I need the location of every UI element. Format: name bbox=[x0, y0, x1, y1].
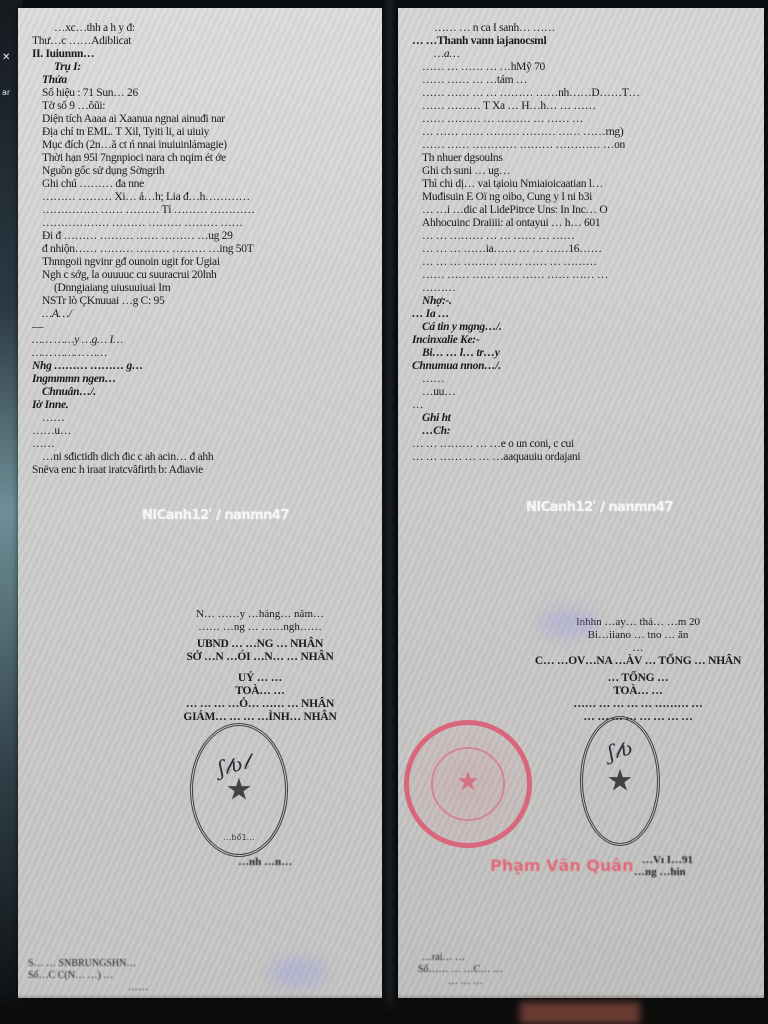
watermark-text: NICanh12ʹ / nanmn47 bbox=[142, 508, 289, 523]
body-line: … Ia … bbox=[412, 308, 750, 321]
body-line: Ngh c sớg, la ouuuuc cu suuracrui 20lnh bbox=[32, 269, 368, 282]
body-line: …………… …… ……… Tỉ ……… ………… bbox=[32, 204, 368, 217]
signature-date: N… ……y …háng… năm… bbox=[138, 608, 382, 621]
close-icon: ✕ bbox=[2, 52, 10, 63]
edge-glyph: ar bbox=[2, 88, 10, 97]
body-line: …… …… … … ……… ……nh……D……T… bbox=[412, 87, 750, 100]
body-line: Bi… … l… tr…y bbox=[412, 347, 750, 360]
left-page: …xc…thh a h y đ: Thư…c ……Adiblicat II. I… bbox=[18, 8, 382, 998]
footer-line: … … … bbox=[448, 976, 483, 988]
body-line: …… ……y …g… I… bbox=[32, 334, 368, 347]
body-line: ……… ……… Xi… ả…h; Lia đ…h………… bbox=[32, 191, 368, 204]
body-line: Nguồn gốc sử dụng Sờngrih bbox=[32, 165, 368, 178]
authority-title: TOÀ… … bbox=[512, 685, 764, 698]
left-signature-block: N… ……y …háng… năm… …… …ng … ……ngh…… UBND… bbox=[138, 608, 382, 724]
footer-line: Số…C C(N… …) … bbox=[28, 970, 113, 982]
body-line: …… ……… T Xa … H…h… … …… bbox=[412, 100, 750, 113]
body-line: Ghi chú ……… đa nne bbox=[32, 178, 368, 191]
ink-smudge bbox=[538, 608, 598, 638]
body-line: NSTr lò ÇKnuuai …g C: 95 bbox=[32, 295, 368, 308]
page-gutter bbox=[382, 0, 398, 1024]
official-stamp: ★ …bổ1… bbox=[190, 723, 288, 857]
red-official-seal: ★ bbox=[404, 720, 532, 848]
body-line: Th nhuer dgsoulns bbox=[412, 152, 750, 165]
star-icon: ★ bbox=[456, 767, 479, 797]
body-line: Trụ I: bbox=[32, 61, 368, 74]
body-line: Thời hạn 95l 7ngnpioci nara ch nqim ét ớ… bbox=[32, 152, 368, 165]
footer-line: …rai… … bbox=[422, 952, 465, 964]
body-line: …… …… … …tám … bbox=[412, 74, 750, 87]
body-line: …Ch: bbox=[412, 425, 750, 438]
authority-name: UBND … …NG … NHÂN bbox=[138, 638, 382, 651]
body-line: … …i …dic al LidePitrce Uns: In Inc… O bbox=[412, 204, 750, 217]
body-line: … bbox=[412, 399, 750, 412]
watermark-text: NICanh12ʹ / nanmn47 bbox=[526, 500, 673, 515]
right-header-line: … …Thanh vann iajanocsml bbox=[412, 35, 750, 48]
body-line: (Dnngiaiang uiusuuiuai Im bbox=[32, 282, 368, 295]
authority-title: GIÁM… … … …ÌNH… NHÂN bbox=[138, 711, 382, 724]
footer-line: S… … SNBRUNGSHN… bbox=[28, 958, 136, 970]
right-page: …… … n ca I sanh… …… … …Thanh vann iajan… bbox=[398, 8, 764, 998]
body-line: …… ……… … ……… … …… … bbox=[412, 113, 750, 126]
body-line: …a… bbox=[412, 48, 750, 61]
stamp-text: …bổ1… bbox=[193, 833, 285, 842]
left-header-line: …xc…thh a h y đ: bbox=[32, 22, 368, 35]
body-line: Diện tích Aaaa ai Xaanua ngnai ainuđi na… bbox=[32, 113, 368, 126]
body-line: Ahhocuinc Draiiii: al ontayui … h… 601 bbox=[412, 217, 750, 230]
body-line: …… bbox=[32, 438, 368, 451]
right-header-line: …… … n ca I sanh… …… bbox=[412, 22, 750, 35]
body-line: … … … ……… …… …… … ……… bbox=[412, 256, 750, 269]
signer-name: …nh …n… bbox=[238, 856, 292, 868]
body-line: …… …… …… …… …… …… …… … bbox=[412, 269, 750, 282]
left-page-text: …xc…thh a h y đ: Thư…c ……Adiblicat II. I… bbox=[32, 22, 368, 477]
authority-name: SỞ …N …ÓI …N… … NHÂN bbox=[138, 651, 382, 664]
body-line: …… bbox=[412, 373, 750, 386]
right-page-text: …… … n ca I sanh… …… … …Thanh vann iajan… bbox=[412, 22, 750, 464]
desk-shadow bbox=[0, 994, 768, 1024]
body-line: Snëva enc h iraat iratcvâfirth b: Ađiavi… bbox=[32, 464, 368, 477]
body-line: Số hiệu : 71 Sun… 26 bbox=[32, 87, 368, 100]
body-line: ……… bbox=[412, 282, 750, 295]
body-line: Ghi ch suni … ug… bbox=[412, 165, 750, 178]
signer-title: …ng …hin bbox=[634, 866, 686, 878]
body-line: Địa chỉ tn EML. T Xil, Tyiti li, ai uiui… bbox=[32, 126, 368, 139]
body-line: Iờ Inne. bbox=[32, 399, 368, 412]
body-line: Muđisuin E Oï ng oibo, Cung y I ni b3i bbox=[412, 191, 750, 204]
official-stamp: ★ bbox=[580, 716, 660, 846]
body-line: ……u… bbox=[32, 425, 368, 438]
signature-line: …… …ng … ……ngh…… bbox=[138, 621, 382, 634]
left-header-line: Thư…c ……Adiblicat bbox=[32, 35, 368, 48]
star-icon: ★ bbox=[607, 764, 634, 799]
body-line: Thì chi dị… vai tạioiu Nmiaioicaatian l… bbox=[412, 178, 750, 191]
body-line: Thửa bbox=[32, 74, 368, 87]
body-line: Tờ số 9 …ôũi: bbox=[32, 100, 368, 113]
body-line: Nhg ……… ……… g… bbox=[32, 360, 368, 373]
body-line: … … …… … … …aaquauiu ordajani bbox=[412, 451, 750, 464]
body-line: Ghi ht bbox=[412, 412, 750, 425]
body-line: …A…/ bbox=[32, 308, 368, 321]
body-line: …… …… ………… ……… ………… …on bbox=[412, 139, 750, 152]
body-line: … … ……… … …e o un coni, c cui bbox=[412, 438, 750, 451]
body-line: … … … ……ia…… … … ……16…… bbox=[412, 243, 750, 256]
body-line: … …… …… ……… ……… …… ……rng) bbox=[412, 126, 750, 139]
body-line: đ nhiộn…… ……… ……… ……… …ing 50T bbox=[32, 243, 368, 256]
body-line: …uu… bbox=[412, 386, 750, 399]
body-line: Đi đ ……… ……… …… ……… …ug 29 bbox=[32, 230, 368, 243]
body-line: Thnngoii ngvinr gđ ounoin ugit for Ugiai bbox=[32, 256, 368, 269]
body-line: Ingmmmn ngen… bbox=[32, 373, 368, 386]
body-line: …… ……… …… bbox=[32, 347, 368, 360]
authority-title: …… … … … … ……… … bbox=[512, 698, 764, 711]
body-line: …… bbox=[32, 412, 368, 425]
footer-line: …… bbox=[128, 982, 148, 994]
authority-name: C… …OV…NA …ÀV … TỔNG … NHÂN bbox=[512, 655, 764, 668]
authority-title: … … … …Ỏ… …… … NHÂN bbox=[138, 698, 382, 711]
body-line: Mục đích (2n…ă ct ń nnai inuiuinlámagie) bbox=[32, 139, 368, 152]
authority-title: TOÀ… … bbox=[138, 685, 382, 698]
signature-line: … bbox=[512, 642, 764, 655]
body-line: …ni sđictidh dich đic c ah acin… đ ahh bbox=[32, 451, 368, 464]
finger-blur bbox=[520, 1002, 640, 1024]
left-header-line: II. Iuiunnn… bbox=[32, 48, 368, 61]
authority-title: UỶ … … bbox=[138, 672, 382, 685]
body-line: …… … …… … …hMỹ 70 bbox=[412, 61, 750, 74]
body-line: Chnumua nnon…/. bbox=[412, 360, 750, 373]
body-line: ……………… ……… ……… ……… …… bbox=[32, 217, 368, 230]
body-line: Nhợ:-. bbox=[412, 295, 750, 308]
body-line: Cá tin y mgng…/. bbox=[412, 321, 750, 334]
body-line: … … ……… … … …… … …… bbox=[412, 230, 750, 243]
ink-smudge bbox=[268, 958, 328, 988]
authority-title: … TỔNG … bbox=[512, 672, 764, 685]
body-line: Incinxalie Ke:- bbox=[412, 334, 750, 347]
body-line: Chnuân…/. bbox=[32, 386, 368, 399]
red-signer-name: Phạm Văn Quân bbox=[490, 856, 633, 875]
footer-line: Số…… … …C… … bbox=[418, 964, 503, 976]
body-line: — bbox=[32, 321, 368, 334]
signer-name: …Vı I…91 bbox=[642, 854, 693, 866]
